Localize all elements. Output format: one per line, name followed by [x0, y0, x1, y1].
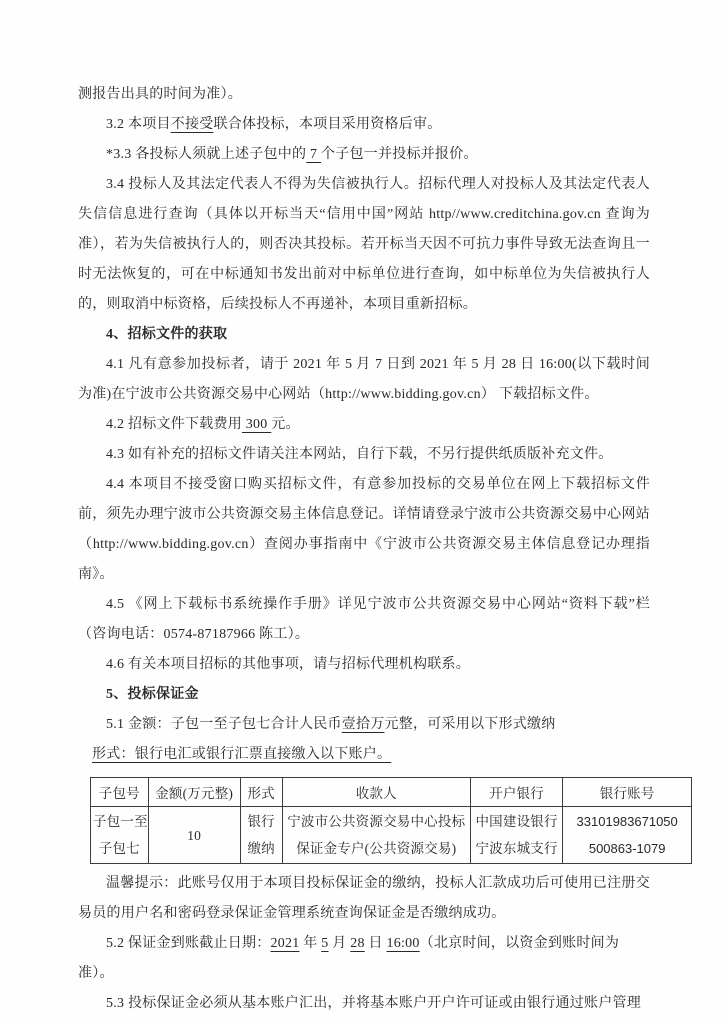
paragraph-5-3: 5.3 投标保证金必须从基本账户汇出，并将基本账户开户许可证或由银行通过账户管理	[78, 989, 650, 1019]
paragraph-4-2: 4.2 招标文件下载费用 300 元。	[78, 410, 650, 440]
paragraph-4-1: 4.1 凡有意参加投标者，请于 2021 年 5 月 7 日到 2021 年 5…	[78, 350, 650, 410]
section-4-heading: 4、招标文件的获取	[78, 320, 650, 350]
section-5-heading: 5、投标保证金	[78, 680, 650, 710]
payee-line-2: 保证金专户(公共资源交易)	[285, 835, 468, 862]
paragraph-4-4: 4.4 本项目不接受窗口购买招标文件，有意参加投标的交易单位在网上下载招标文件前…	[78, 470, 650, 590]
header-amount: 金额(万元整)	[148, 778, 240, 807]
payee-line-1: 宁波市公共资源交易中心投标	[285, 808, 468, 835]
document-page: 测报告出具的时间为准）。 3.2 本项目不接受联合体投标，本项目采用资格后审。 …	[0, 0, 724, 1024]
header-method: 形式	[240, 778, 282, 807]
package-line-2: 子包七	[93, 835, 146, 862]
paragraph-4-3: 4.3 如有补充的招标文件请关注本网站，自行下载，不另行提供纸质版补充文件。	[78, 440, 650, 470]
paragraph-3-3: *3.3 各投标人须就上述子包中的 7 个子包一并投标并报价。	[78, 140, 650, 170]
deposit-table: 子包号 金额(万元整) 形式 收款人 开户银行 银行账号 子包一至 子包七 10…	[90, 777, 692, 864]
account-line-2: 500863-1079	[565, 835, 689, 862]
paragraph-5-1: 5.1 金额：子包一至子包七合计人民币壹拾万元整，可采用以下形式缴纳	[78, 710, 650, 740]
deposit-table-header-row: 子包号 金额(万元整) 形式 收款人 开户银行 银行账号	[91, 778, 692, 807]
header-package-no: 子包号	[91, 778, 149, 807]
cell-package-no: 子包一至 子包七	[91, 807, 149, 864]
paragraph-3-2: 3.2 本项目不接受联合体投标，本项目采用资格后审。	[78, 110, 650, 140]
paragraph-5-2: 5.2 保证金到账截止日期：2021 年 5 月 28 日 16:00（北京时间…	[78, 929, 650, 989]
header-payee: 收款人	[282, 778, 470, 807]
cell-amount: 10	[148, 807, 240, 864]
bank-line-1: 中国建设银行	[473, 808, 561, 835]
header-bank: 开户银行	[470, 778, 563, 807]
deposit-table-row: 子包一至 子包七 10 银行 缴纳 宁波市公共资源交易中心投标 保证金专户(公共…	[91, 807, 692, 864]
cell-payee: 宁波市公共资源交易中心投标 保证金专户(公共资源交易)	[282, 807, 470, 864]
cell-account: 33101983671050 500863-1079	[563, 807, 692, 864]
paragraph-4-5: 4.5 《网上下载标书系统操作手册》详见宁波市公共资源交易中心网站“资料下载”栏…	[78, 590, 650, 650]
method-line-2: 缴纳	[243, 835, 280, 862]
method-line-1: 银行	[243, 808, 280, 835]
bank-line-2: 宁波东城支行	[473, 835, 561, 862]
cell-method: 银行 缴纳	[240, 807, 282, 864]
paragraph-4-6: 4.6 有关本项目招标的其他事项，请与招标代理机构联系。	[78, 650, 650, 680]
account-line-1: 33101983671050	[565, 808, 689, 835]
paragraph-carryover: 测报告出具的时间为准）。	[78, 80, 650, 110]
cell-bank: 中国建设银行 宁波东城支行	[470, 807, 563, 864]
header-account: 银行账号	[563, 778, 692, 807]
paragraph-reminder: 温馨提示：此账号仅用于本项目投标保证金的缴纳，投标人汇款成功后可使用已注册交易员…	[78, 869, 650, 929]
payment-form-line: 形式：银行电汇或银行汇票直接缴入以下账户。	[92, 740, 650, 770]
package-line-1: 子包一至	[93, 808, 146, 835]
paragraph-3-4: 3.4 投标人及其法定代表人不得为失信被执行人。招标代理人对投标人及其法定代表人…	[78, 170, 650, 320]
amount-value: 10	[151, 822, 238, 849]
